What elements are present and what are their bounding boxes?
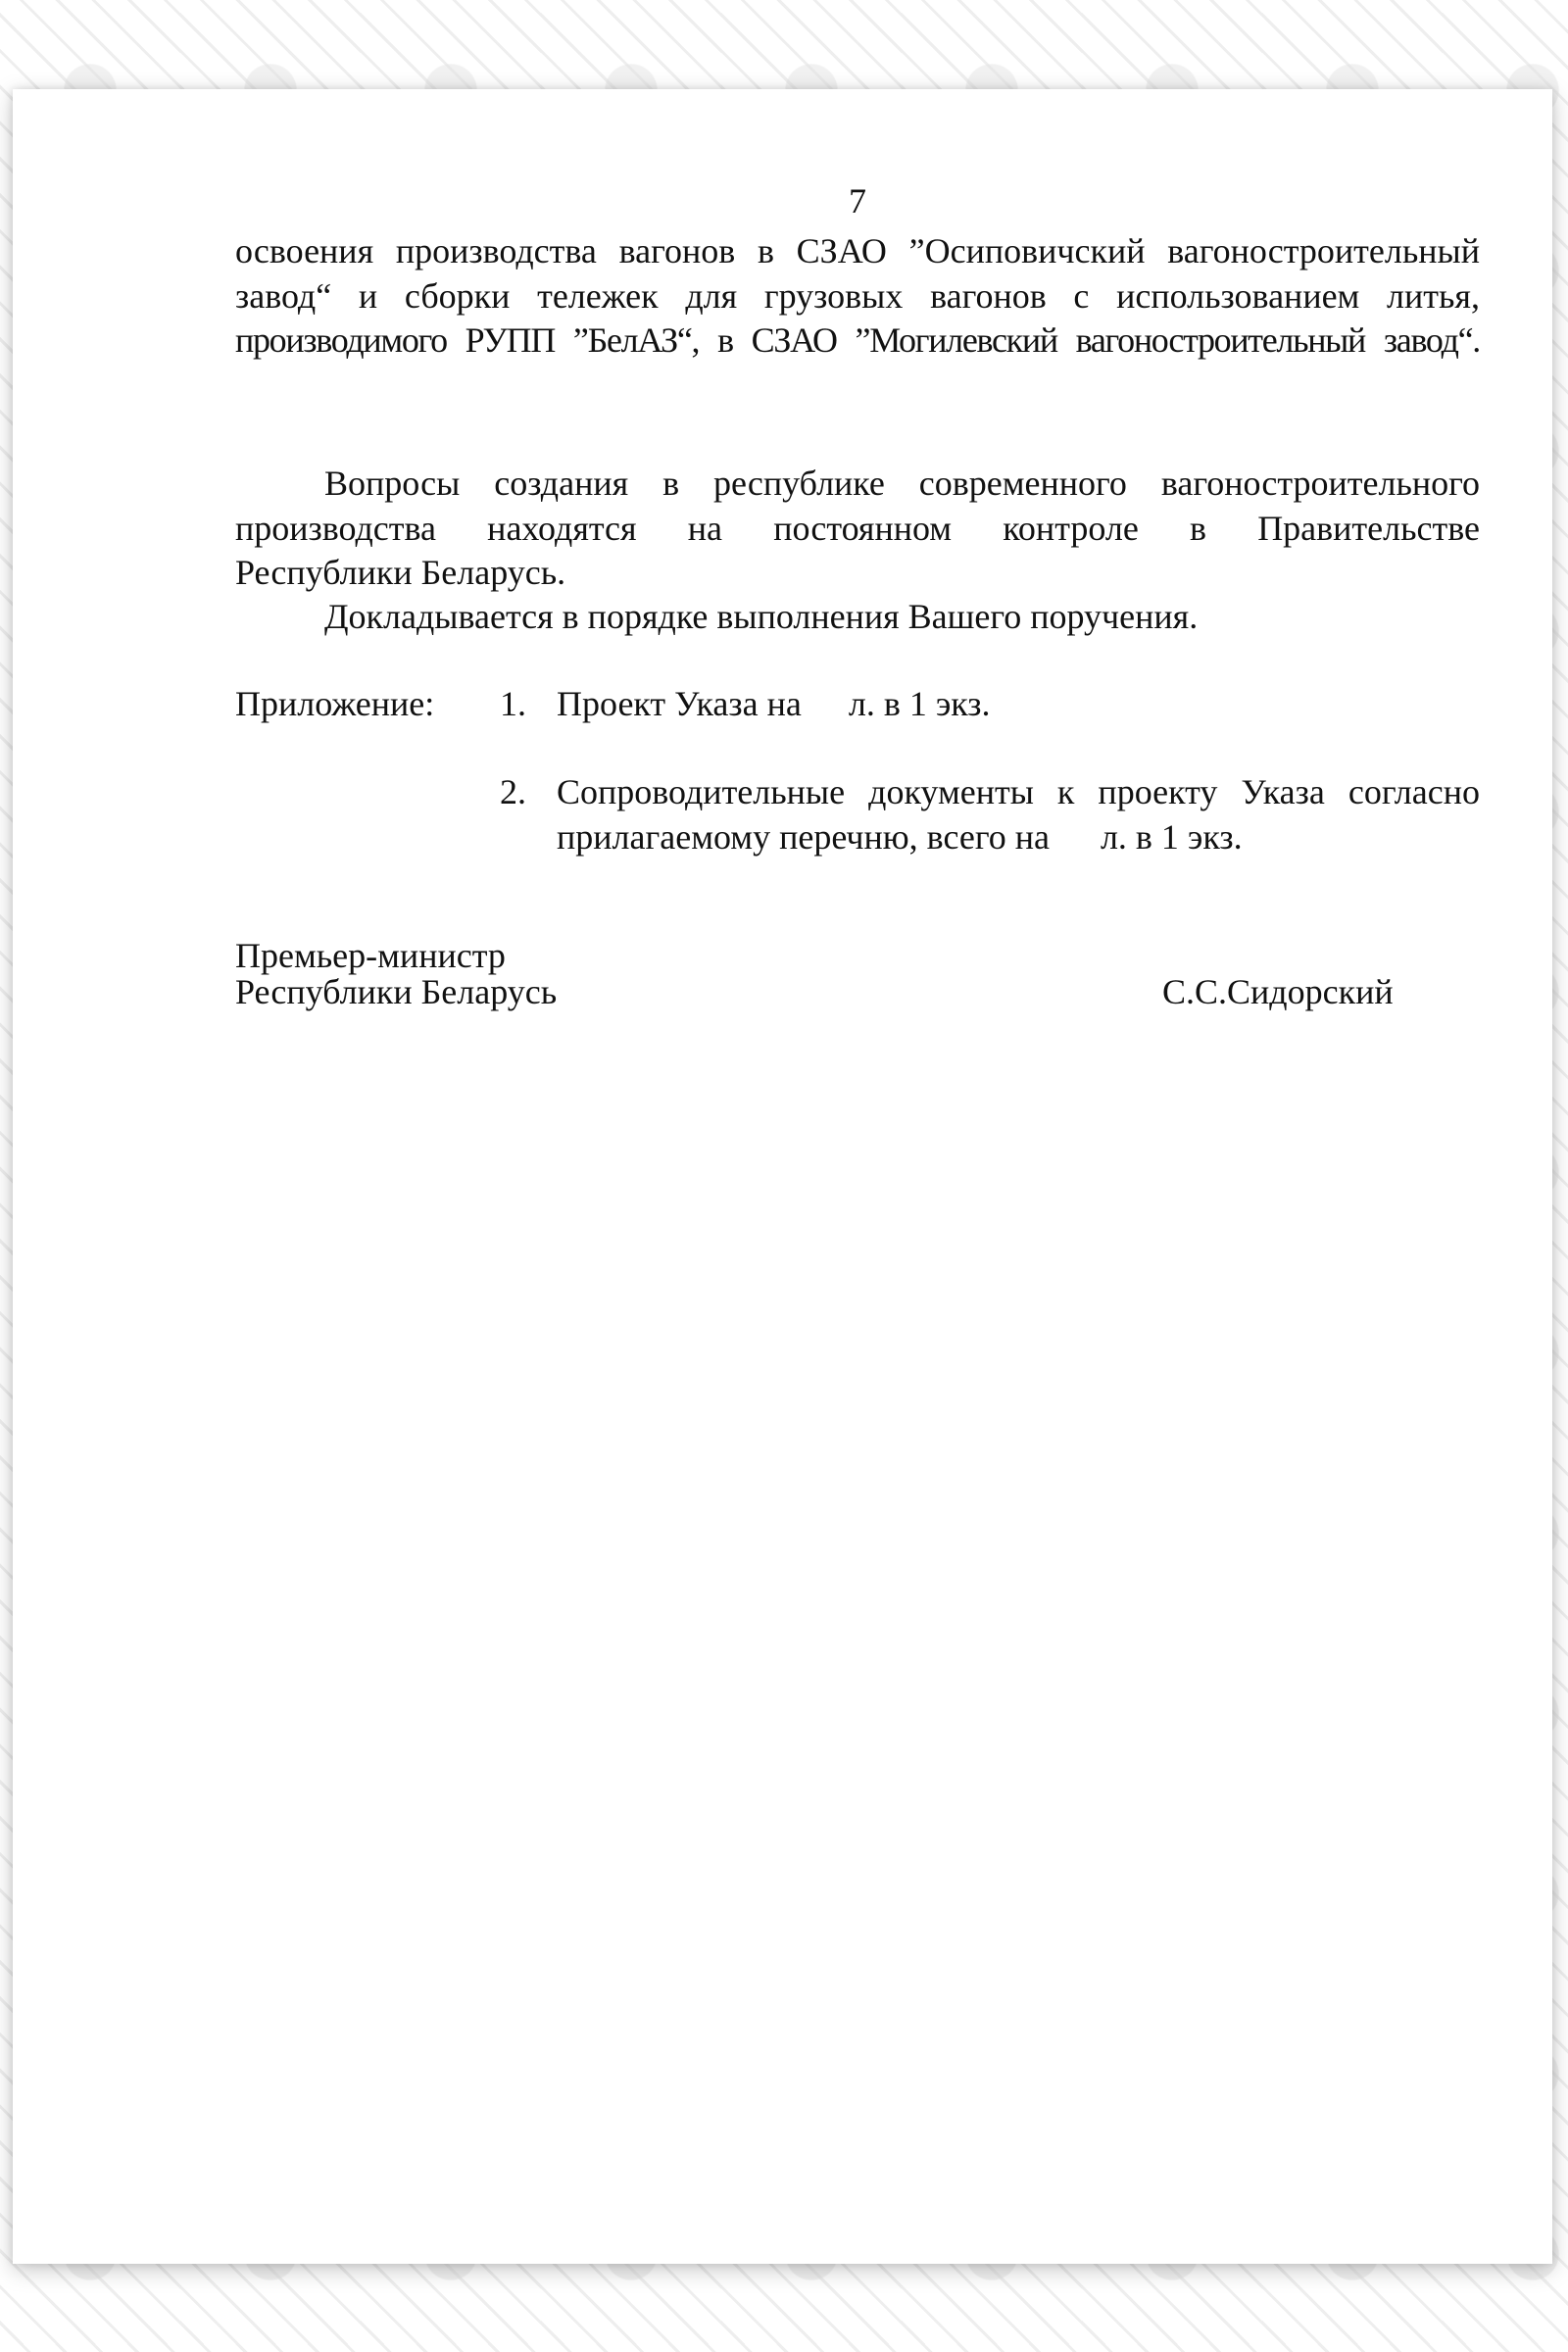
signature-title: Премьер-министр Республики Беларусь bbox=[235, 938, 557, 1010]
attachment-number: 1. bbox=[500, 682, 526, 727]
signature-title-line: Премьер-министр bbox=[235, 938, 557, 974]
attachments-label: Приложение: bbox=[235, 682, 434, 727]
page-number: 7 bbox=[235, 179, 1480, 223]
paragraph-government-control: Вопросы создания в республике современно… bbox=[235, 462, 1480, 596]
paragraph-line: Докладывается в порядке выполнения Вашег… bbox=[235, 595, 1480, 640]
attachment-text-part: Проект Указа на bbox=[557, 684, 802, 723]
paragraph-line: Вопросы создания в республике современно… bbox=[235, 462, 1480, 507]
paragraph-continuation: освоения производства вагонов в СЗАО ”Ос… bbox=[235, 229, 1480, 364]
document-page: 7 освоения производства вагонов в СЗАО ”… bbox=[13, 89, 1552, 2264]
attachment-text-part: прилагаемому перечню, всего на bbox=[557, 817, 1050, 857]
paragraph-line: производства находятся на постоянном кон… bbox=[235, 507, 1480, 552]
paragraph-report: Докладывается в порядке выполнения Вашег… bbox=[235, 595, 1480, 640]
attachment-text: Сопроводительные документы к проекту Ука… bbox=[557, 770, 1480, 859]
paragraph-line: завод“ и сборки тележек для грузовых ваг… bbox=[235, 274, 1480, 319]
paragraph-line: производимого РУПП ”БелАЗ“, в СЗАО ”Моги… bbox=[235, 318, 1480, 364]
attachment-text: Проект Указа нал. в 1 экз. bbox=[557, 682, 1480, 727]
paragraph-line: освоения производства вагонов в СЗАО ”Ос… bbox=[235, 229, 1480, 274]
attachment-number: 2. bbox=[500, 770, 526, 815]
attachment-text-part: л. в 1 экз. bbox=[1101, 817, 1243, 857]
attachment-line: Сопроводительные документы к проекту Ука… bbox=[557, 770, 1480, 815]
attachment-text-part: л. в 1 экз. bbox=[849, 684, 991, 723]
signature-name: С.С.Сидорский bbox=[1162, 974, 1394, 1010]
paragraph-line: Республики Беларусь. bbox=[235, 551, 1480, 596]
signature-title-line: Республики Беларусь bbox=[235, 974, 557, 1010]
